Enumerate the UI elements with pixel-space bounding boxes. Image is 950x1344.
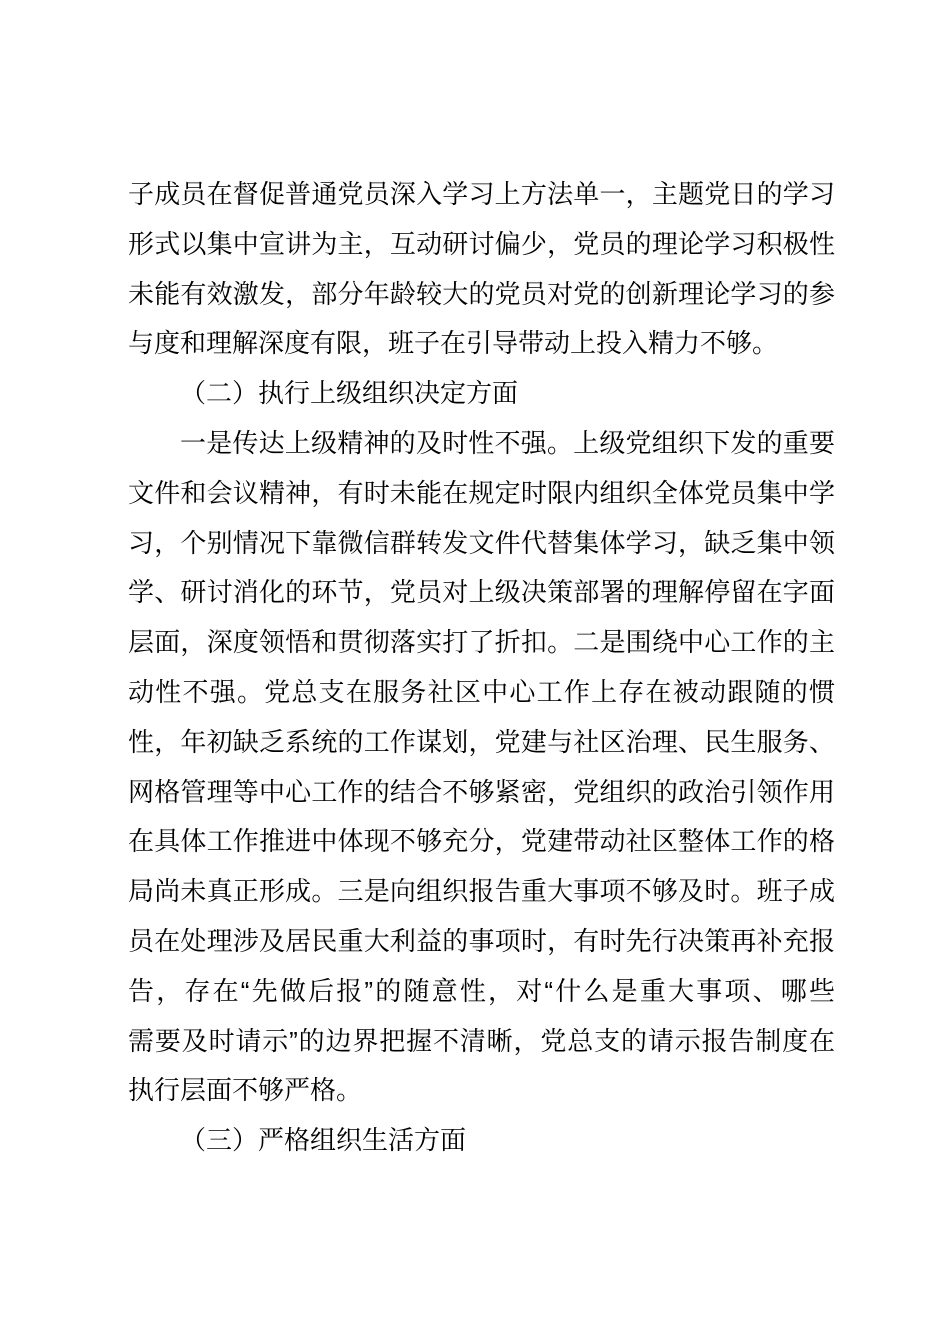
paragraph-line: 需要及时请示”的边界把握不清晰，党总支的请示报告制度在 xyxy=(128,1017,835,1067)
document-text-block: 子成员在督促普通党员深入学习上方法单一，主题党日的学习 形式以集中宣讲为主，互动… xyxy=(128,170,835,1166)
paragraph-line: 形式以集中宣讲为主，互动研讨偏少，党员的理论学习积极性 xyxy=(128,220,835,270)
paragraph-line: 在具体工作推进中体现不够充分，党建带动社区整体工作的格 xyxy=(128,817,835,867)
paragraph-line: 执行层面不够严格。 xyxy=(128,1066,835,1116)
paragraph-line: 员在处理涉及居民重大利益的事项时，有时先行决策再补充报 xyxy=(128,917,835,967)
paragraph-line: 层面，深度领悟和贯彻落实打了折扣。二是围绕中心工作的主 xyxy=(128,618,835,668)
paragraph-line: 一是传达上级精神的及时性不强。上级党组织下发的重要 xyxy=(128,419,835,469)
paragraph-line: 网格管理等中心工作的结合不够紧密，党组织的政治引领作用 xyxy=(128,768,835,818)
paragraph-line: 学、研讨消化的环节，党员对上级决策部署的理解停留在字面 xyxy=(128,568,835,618)
paragraph-line: 习，个别情况下靠微信群转发文件代替集体学习，缺乏集中领 xyxy=(128,519,835,569)
paragraph-line: 与度和理解深度有限，班子在引导带动上投入精力不够。 xyxy=(128,319,835,369)
paragraph-line: 告，存在“先做后报”的随意性，对“什么是重大事项、哪些 xyxy=(128,967,835,1017)
paragraph-line: 性，年初缺乏系统的工作谋划，党建与社区治理、民生服务、 xyxy=(128,718,835,768)
paragraph-line: 局尚未真正形成。三是向组织报告重大事项不够及时。班子成 xyxy=(128,867,835,917)
paragraph-line: 子成员在督促普通党员深入学习上方法单一，主题党日的学习 xyxy=(128,170,835,220)
paragraph-line: 未能有效激发，部分年龄较大的党员对党的创新理论学习的参 xyxy=(128,270,835,320)
paragraph-line: 文件和会议精神，有时未能在规定时限内组织全体党员集中学 xyxy=(128,469,835,519)
paragraph-line: 动性不强。党总支在服务社区中心工作上存在被动跟随的惯 xyxy=(128,668,835,718)
section-heading-2: （二）执行上级组织决定方面 xyxy=(128,369,835,419)
section-heading-3: （三）严格组织生活方面 xyxy=(128,1116,835,1166)
document-page: 子成员在督促普通党员深入学习上方法单一，主题党日的学习 形式以集中宣讲为主，互动… xyxy=(0,0,950,1344)
